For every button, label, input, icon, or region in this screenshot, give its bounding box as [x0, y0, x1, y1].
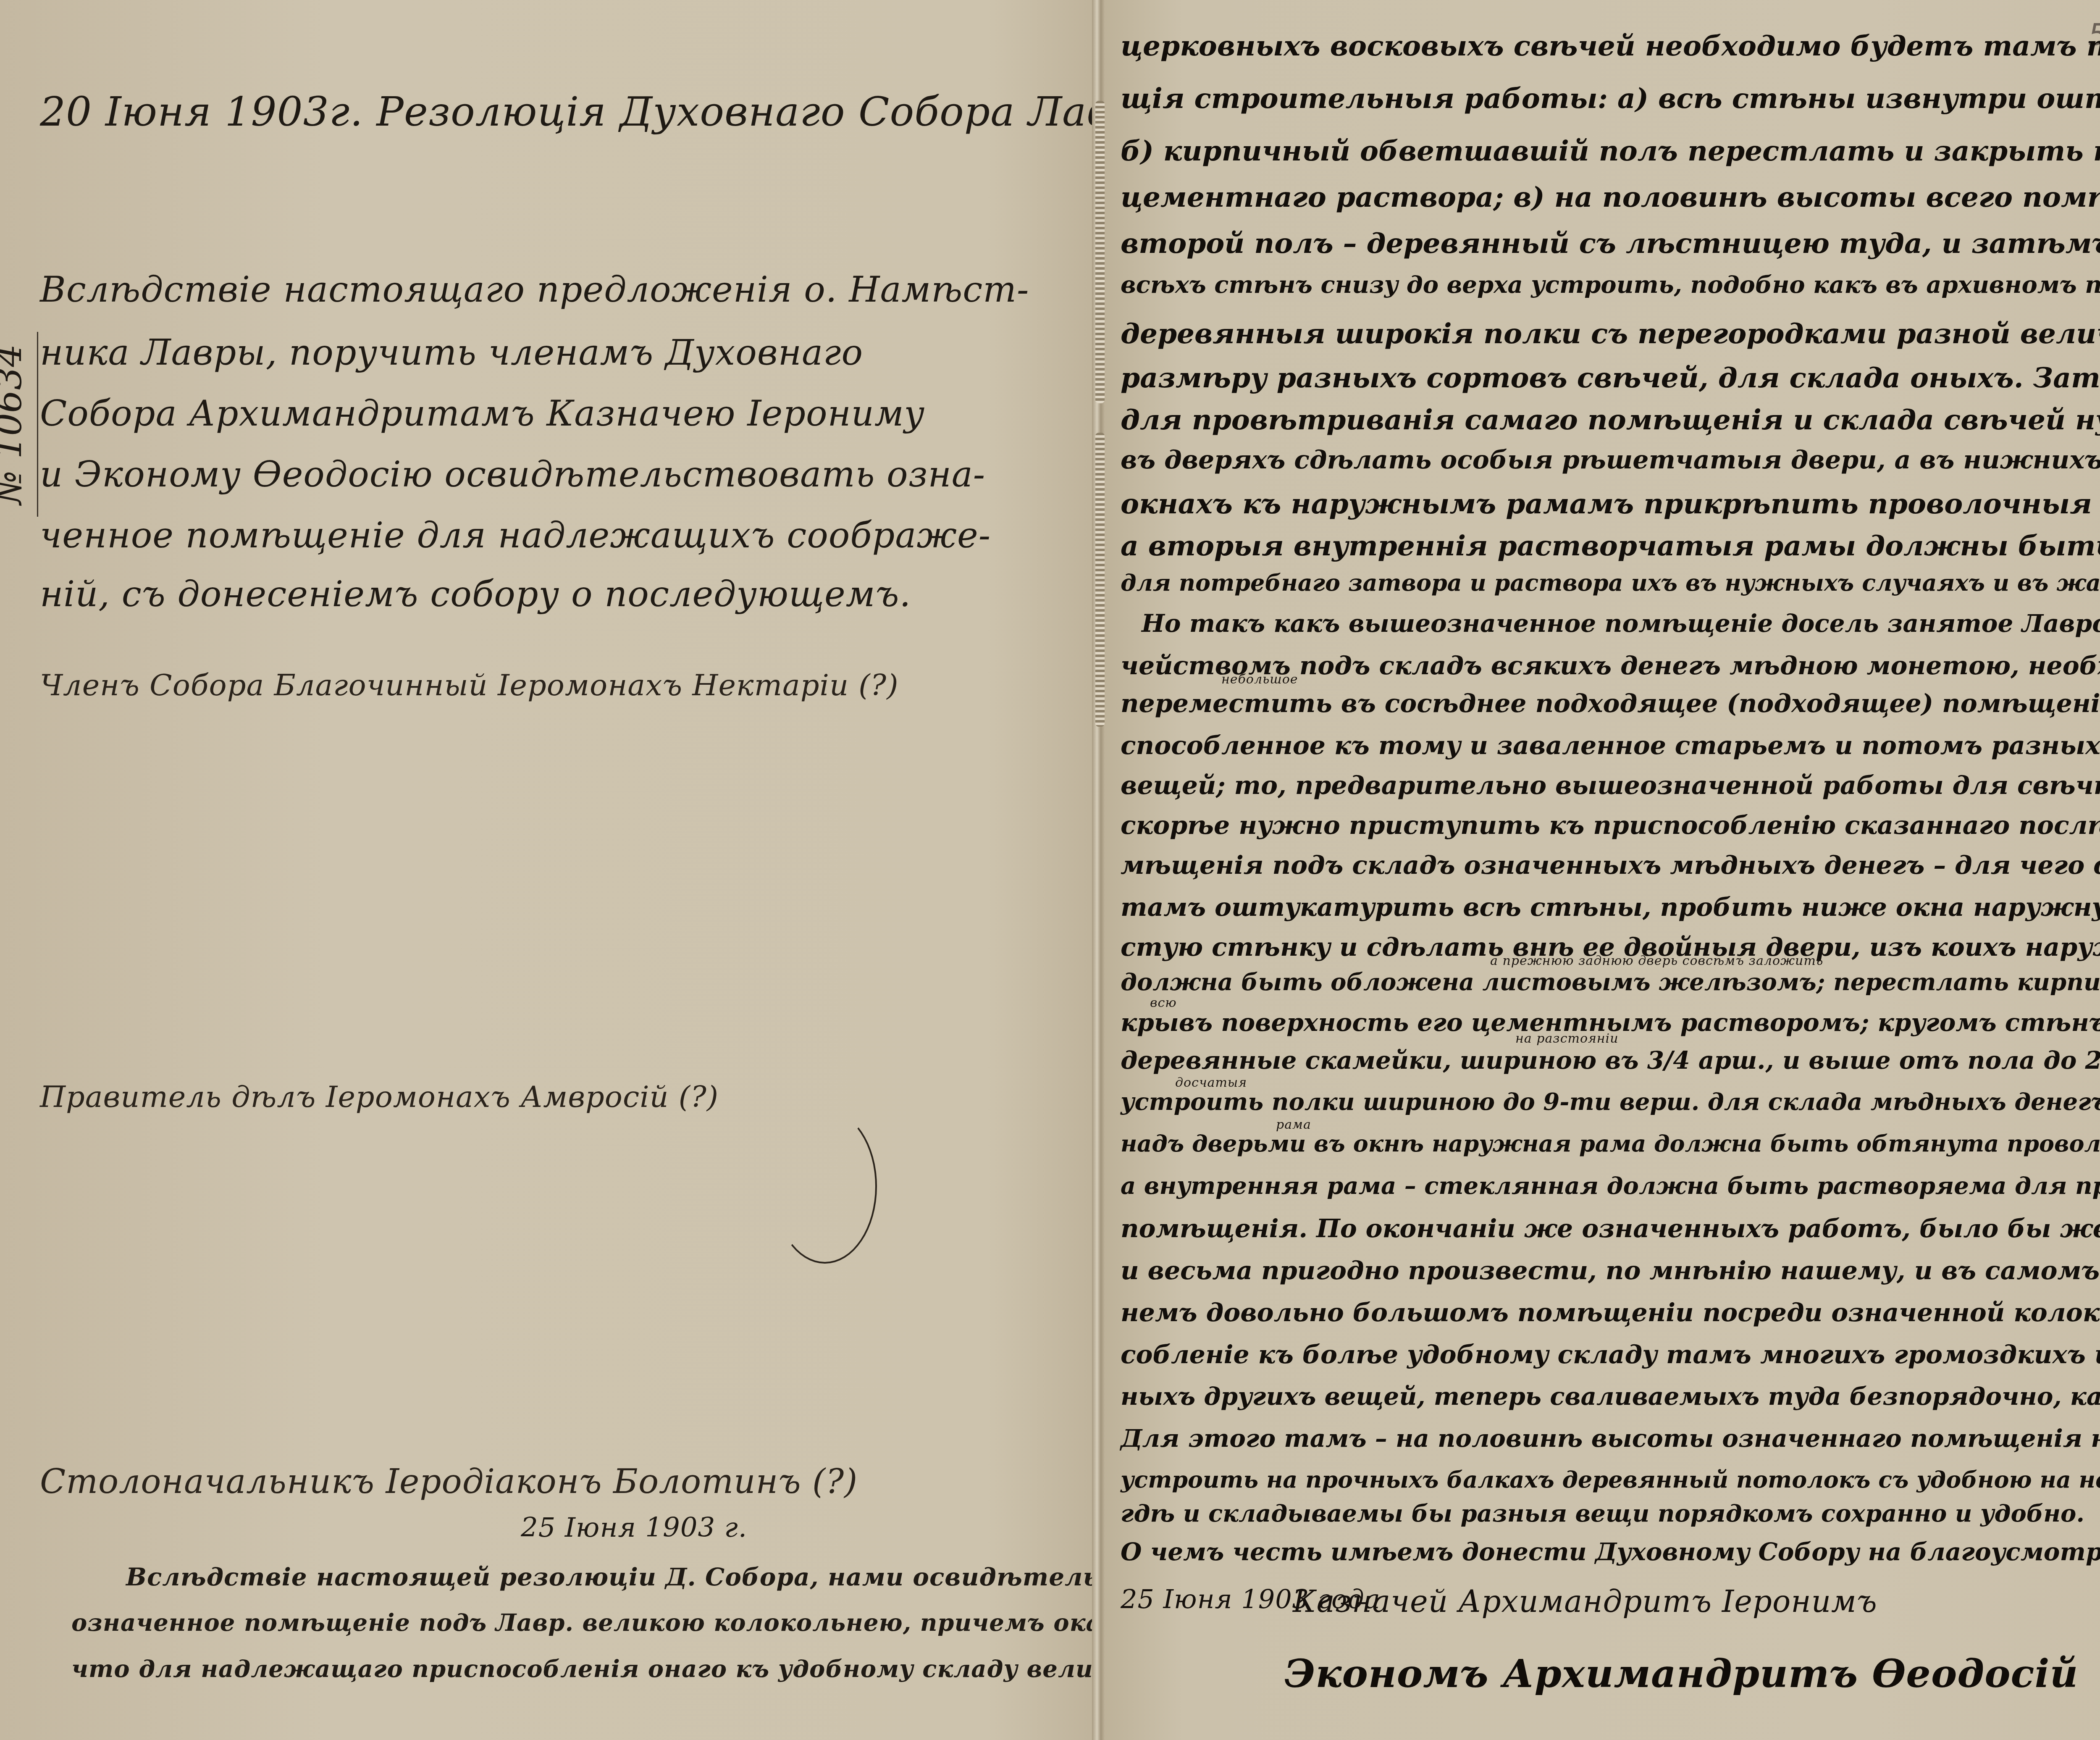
binding-stitch	[1095, 433, 1105, 727]
body-line: всѣхъ стѣнъ снизу до верха устроить, под…	[1121, 271, 2100, 299]
interlinear-note: а прежнюю заднюю дверь совсѣмъ заложить	[1490, 954, 1823, 968]
body-line: тамъ оштукатурить всѣ стѣны, пробить ниж…	[1121, 893, 2100, 922]
body-line: окнахъ къ наружнымъ рамамъ прикрѣпить пр…	[1121, 487, 2100, 520]
manuscript-spread: № 10634 20 Іюня 1903г. Резолюція Духовна…	[0, 0, 2100, 1740]
closing-line: О чемъ честь имѣемъ донести Духовному Со…	[1121, 1538, 2100, 1566]
resolution-line: ченное помѣщеніе для надлежащихъ соображ…	[40, 515, 991, 556]
resolution-line: Вслѣдствіе настоящаго предложенія о. Нам…	[40, 269, 1029, 310]
body-line: для провѣтриванія самаго помѣщенія и скл…	[1121, 403, 2100, 436]
body-line: способленное къ тому и заваленное старье…	[1121, 731, 2100, 760]
body-line: вещей; то, предварительно вышеозначенной…	[1121, 771, 2100, 800]
resolution-line: ника Лавры, поручить членамъ Духовнаго	[40, 332, 863, 373]
report-line: Вслѣдствіе настоящей резолюціи Д. Собора…	[126, 1563, 1242, 1591]
desk-chief-signature: Столоначальникъ Іеродіаконъ Болотинъ (?)	[40, 1462, 858, 1501]
interlinear-note: на разстояніи	[1515, 1031, 1619, 1046]
report-line: означенное помѣщеніе подъ Лавр. великою …	[71, 1609, 1206, 1637]
body-line: деревянныя широкія полки съ перегородкам…	[1121, 317, 2100, 350]
body-line: надъ дверьми въ окнѣ наружная рама должн…	[1121, 1130, 2100, 1157]
body-line: церковныхъ восковыхъ свѣчей необходимо б…	[1121, 29, 2100, 62]
binding-stitch	[1095, 101, 1105, 403]
body-line: должна быть обложена листовымъ желѣзомъ;…	[1121, 968, 2100, 996]
body-line: Но такъ какъ вышеозначенное помѣщеніе до…	[1142, 609, 2100, 638]
margin-registry-number: № 10634	[0, 344, 30, 505]
body-line: и весьма пригодно произвести, по мнѣнію …	[1121, 1256, 2100, 1285]
left-page: № 10634 20 Іюня 1903г. Резолюція Духовна…	[0, 0, 1095, 1740]
resolution-line: и Эконому Ѳеодосію освидѣтельствовать оз…	[40, 454, 985, 495]
body-line: второй полъ – деревянный съ лѣстницею ту…	[1121, 227, 2100, 260]
body-line: а внутренняя рама – стеклянная должна бы…	[1121, 1172, 2100, 1200]
report-line: что для надлежащаго приспособленія онаго…	[71, 1655, 1136, 1683]
body-line: размѣру разныхъ сортовъ свѣчей, для скла…	[1121, 361, 2100, 394]
body-line: деревянные скамейки, шириною въ 3/4 арш.…	[1121, 1046, 2100, 1075]
body-line: цементнаго раствора; в) на половинѣ высо…	[1121, 181, 2100, 213]
resolution-heading: 20 Іюня 1903г. Резолюція Духовнаго Собор…	[40, 88, 1183, 135]
body-line: устроить полки шириною до 9-ти верш. для…	[1121, 1088, 2100, 1116]
right-page: 5655 церковныхъ восковыхъ свѣчей необход…	[1095, 0, 2100, 1740]
margin-rule	[37, 332, 38, 517]
report-date: 25 Іюня 1903 г.	[521, 1512, 747, 1543]
body-line: скорѣе нужно приступить къ приспособлені…	[1121, 811, 2100, 840]
member-signature: Членъ Собора Благочинный Іеромонахъ Нект…	[40, 668, 898, 702]
body-line: помѣщенія. По окончаніи же означенныхъ р…	[1121, 1214, 2100, 1243]
body-line: а вторыя внутреннія растворчатыя рамы до…	[1121, 529, 2100, 562]
steward-signature: Экономъ Архимандритъ Ѳеодосій	[1284, 1651, 2078, 1696]
clerk-signature: Правитель дѣлъ Іеромонахъ Амвросій (?)	[40, 1080, 719, 1114]
body-line: немъ довольно большомъ помѣщеніи посреди…	[1121, 1298, 2100, 1327]
body-line: мѣщенія подъ складъ означенныхъ мѣдныхъ …	[1121, 851, 2100, 880]
treasurer-signature: Казначей Архимандритъ Іеронимъ	[1293, 1584, 1877, 1619]
body-line: для потребнаго затвора и раствора ихъ въ…	[1121, 569, 2100, 596]
body-line: Для этого тамъ – на половинѣ высоты озна…	[1121, 1424, 2100, 1453]
body-line: собленіе къ болѣе удобному складу тамъ м…	[1121, 1340, 2100, 1369]
body-line: щія строительныя работы: а) всѣ стѣны из…	[1121, 82, 2100, 115]
resolution-line: Собора Архимандритамъ Казначею Іерониму	[40, 393, 925, 434]
body-line: переместить въ сосѣднее подходящее (подх…	[1121, 689, 2100, 718]
body-line: ныхъ другихъ вещей, теперь сваливаемыхъ …	[1121, 1382, 2100, 1411]
interlinear-note: небольшое	[1221, 672, 1298, 687]
body-line: въ дверяхъ сдѣлать особыя рѣшетчатыя две…	[1121, 445, 2100, 475]
body-line: гдѣ и складываемы бы разныя вещи порядко…	[1121, 1500, 2084, 1527]
body-line: б) кирпичный обветшавшій полъ перестлать…	[1121, 134, 2100, 167]
signature-flourish	[773, 1109, 877, 1264]
resolution-line: ній, съ донесеніемъ собору о последующем…	[40, 573, 911, 615]
body-line: устроить на прочныхъ балкахъ деревянный …	[1121, 1466, 2100, 1493]
